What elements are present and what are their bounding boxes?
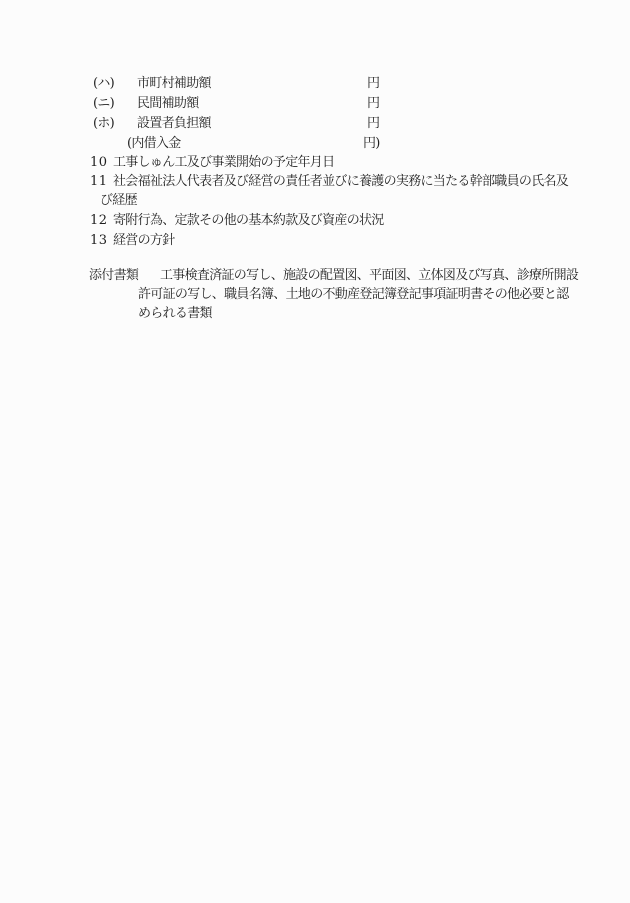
item-number: 12 <box>90 211 108 231</box>
attachments-row-3: められる書類 <box>0 304 630 324</box>
numbered-item-11-continuation: び経歴 <box>0 191 630 211</box>
item-number: 13 <box>90 231 108 251</box>
item-text: 経営の方針 <box>113 231 175 251</box>
numbered-item-12: 12 寄附行為、定款その他の基本約款及び資産の状況 <box>0 211 630 231</box>
item-text-continuation: び経歴 <box>100 191 137 211</box>
item-label: 民間補助額 <box>137 94 199 114</box>
numbered-item-10: 10 工事しゅん工及び事業開始の予定年月日 <box>0 153 630 173</box>
currency-unit: 円) <box>363 134 380 154</box>
loan-row: (内借入金 円) <box>0 134 630 154</box>
item-marker: (ニ) <box>93 94 114 114</box>
item-label: 設置者負担額 <box>137 114 211 134</box>
attachments-line: められる書類 <box>138 304 212 324</box>
attachments-line: 許可証の写し、職員名簿、土地の不動産登記簿登記事項証明書その他必要と認 <box>138 285 569 305</box>
item-number: 11 <box>90 172 108 192</box>
item-label: 市町村補助額 <box>137 74 211 94</box>
attachments-label: 添付書類 <box>89 266 138 286</box>
item-marker: (ハ) <box>93 74 114 94</box>
subsidy-row-founder: (ホ) 設置者負担額 円 <box>0 114 630 134</box>
item-text: 寄附行為、定款その他の基本約款及び資産の状況 <box>113 211 384 231</box>
currency-unit: 円 <box>367 74 379 94</box>
numbered-item-13: 13 経営の方針 <box>0 231 630 251</box>
item-text: 社会福祉法人代表者及び経営の責任者並びに養護の実務に当たる幹部職員の氏名及 <box>113 172 568 192</box>
currency-unit: 円 <box>367 114 379 134</box>
document-page: (ハ) 市町村補助額 円 (ニ) 民間補助額 円 (ホ) 設置者負担額 円 (内… <box>0 0 630 903</box>
item-number: 10 <box>90 153 108 173</box>
subsidy-row-municipal: (ハ) 市町村補助額 円 <box>0 74 630 94</box>
attachments-row-2: 許可証の写し、職員名簿、土地の不動産登記簿登記事項証明書その他必要と認 <box>0 285 630 305</box>
currency-unit: 円 <box>367 94 379 114</box>
numbered-item-11: 11 社会福祉法人代表者及び経営の責任者並びに養護の実務に当たる幹部職員の氏名及 <box>0 172 630 192</box>
item-marker: (ホ) <box>93 114 114 134</box>
item-text: 工事しゅん工及び事業開始の予定年月日 <box>113 153 334 173</box>
attachments-line: 工事検査済証の写し、施設の配置図、平面図、立体図及び写真、診療所開設 <box>160 266 578 286</box>
loan-label: (内借入金 <box>127 134 181 154</box>
subsidy-row-private: (ニ) 民間補助額 円 <box>0 94 630 114</box>
attachments-heading-row: 添付書類 工事検査済証の写し、施設の配置図、平面図、立体図及び写真、診療所開設 <box>0 266 630 286</box>
